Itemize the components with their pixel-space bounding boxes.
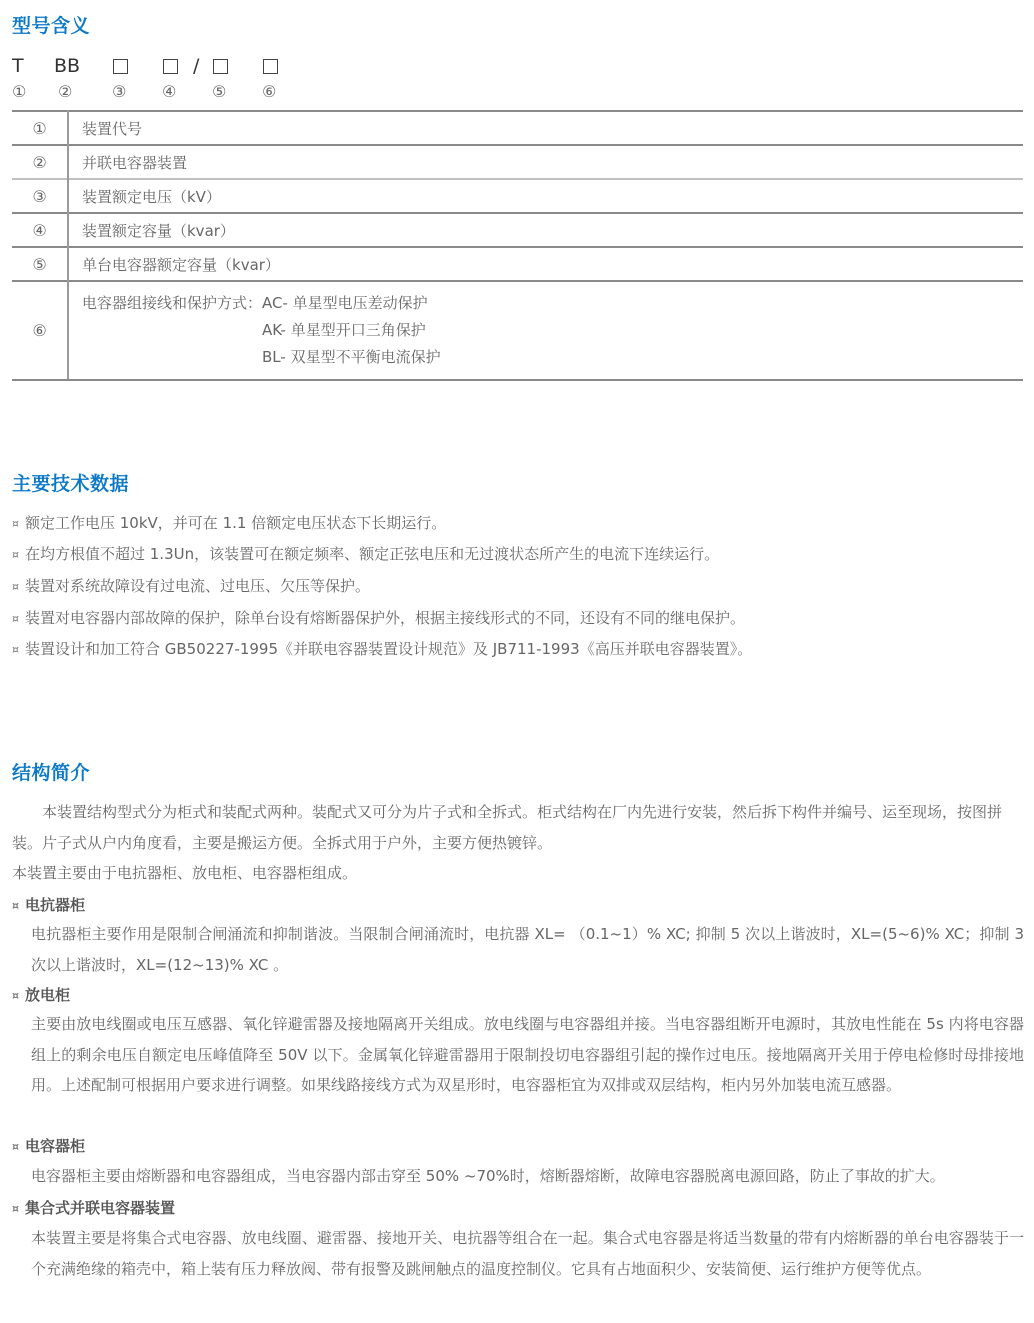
row-description: 装置代号 bbox=[68, 111, 1023, 145]
tech-item: ¤装置设计和加工符合 GB50227-1995《并联电容器装置设计规范》及 JB… bbox=[12, 639, 752, 661]
code-number: ⑤ bbox=[212, 82, 226, 102]
code-number: ⑥ bbox=[262, 82, 276, 102]
row-description: 装置额定电压（kV） bbox=[68, 179, 1023, 213]
tech-item-text: 装置对电容器内部故障的保护，除单台设有熔断器保护外，根据主接线形式的不同，还设有… bbox=[25, 609, 745, 627]
code-placeholder-protection bbox=[263, 57, 278, 79]
code-placeholder-capacity bbox=[163, 57, 178, 79]
table-row: ④ 装置额定容量（kvar） bbox=[12, 213, 1023, 247]
row-description: 电容器组接线和保护方式： AC- 单星型电压差动保护 AK- 单星型开口三角保护… bbox=[68, 281, 1023, 380]
bullet-icon: ¤ bbox=[12, 899, 19, 912]
row-number: ⑥ bbox=[12, 281, 68, 380]
code-number: ① bbox=[12, 82, 26, 102]
structure-composition: 本装置主要由于电抗器柜、放电柜、电容器柜组成。 bbox=[12, 858, 1024, 889]
table-row: ① 装置代号 bbox=[12, 111, 1023, 145]
code-number: ③ bbox=[112, 82, 126, 102]
subsection-text-discharge: 主要由放电线圈或电压互感器、氧化锌避雷器及接地隔离开关组成。放电线圈与电容器组并… bbox=[31, 1009, 1024, 1101]
row-description: 单台电容器额定容量（kvar） bbox=[68, 247, 1023, 281]
subsection-title-reactor: ¤电抗器柜 bbox=[12, 895, 85, 917]
tech-item-text: 装置设计和加工符合 GB50227-1995《并联电容器装置设计规范》及 JB7… bbox=[25, 640, 752, 658]
code-number: ④ bbox=[162, 82, 176, 102]
subsection-title-capacitor: ¤电容器柜 bbox=[12, 1136, 85, 1158]
bullet-icon: ¤ bbox=[12, 1202, 19, 1215]
subsection-text-reactor: 电抗器柜主要作用是限制合闸涌流和抑制谐波。当限制合闸涌流时，电抗器 XL= （0… bbox=[31, 919, 1024, 980]
structure-intro: 本装置结构型式分为柜式和装配式两种。装配式又可分为片子式和全拆式。柜式结构在厂内… bbox=[12, 797, 1024, 858]
section-title-model: 型号含义 bbox=[12, 14, 90, 38]
protection-option: AC- 单星型电压差动保护 bbox=[262, 290, 441, 317]
row-description: 并联电容器装置 bbox=[68, 145, 1023, 179]
bullet-icon: ¤ bbox=[12, 989, 19, 1002]
protection-label: 电容器组接线和保护方式： bbox=[82, 290, 262, 371]
protection-option: BL- 双星型不平衡电流保护 bbox=[262, 344, 441, 371]
table-row: ② 并联电容器装置 bbox=[12, 145, 1023, 179]
row-number: ④ bbox=[12, 213, 68, 247]
bullet-icon: ¤ bbox=[12, 517, 19, 530]
row-number: ⑤ bbox=[12, 247, 68, 281]
row-description: 装置额定容量（kvar） bbox=[68, 213, 1023, 247]
bullet-icon: ¤ bbox=[12, 1140, 19, 1153]
section-title-tech: 主要技术数据 bbox=[12, 472, 129, 496]
code-number: ② bbox=[58, 82, 72, 102]
model-meaning-table: ① 装置代号 ② 并联电容器装置 ③ 装置额定电压（kV） ④ 装置额定容量（k… bbox=[12, 110, 1023, 381]
tech-item-text: 在均方根值不超过 1.3Un，该装置可在额定频率、额定正弦电压和无过渡状态所产生… bbox=[25, 545, 719, 563]
row-number: ① bbox=[12, 111, 68, 145]
tech-item: ¤额定工作电压 10kV，并可在 1.1 倍额定电压状态下长期运行。 bbox=[12, 513, 446, 535]
tech-item: ¤装置对系统故障设有过电流、过电压、欠压等保护。 bbox=[12, 576, 370, 598]
table-row: ③ 装置额定电压（kV） bbox=[12, 179, 1023, 213]
table-row: ⑥ 电容器组接线和保护方式： AC- 单星型电压差动保护 AK- 单星型开口三角… bbox=[12, 281, 1023, 380]
section-title-structure: 结构简介 bbox=[12, 761, 90, 785]
protection-options: AC- 单星型电压差动保护 AK- 单星型开口三角保护 BL- 双星型不平衡电流… bbox=[262, 290, 441, 371]
bullet-icon: ¤ bbox=[12, 580, 19, 593]
row-number: ③ bbox=[12, 179, 68, 213]
code-placeholder-unit-capacity bbox=[213, 57, 228, 79]
subsection-text-integrated: 本装置主要是将集合式电容器、放电线圈、避雷器、接地开关、电抗器等组合在一起。集合… bbox=[31, 1223, 1024, 1284]
subsection-text-capacitor: 电容器柜主要由熔断器和电容器组成，当电容器内部击穿至 50% ~70%时，熔断器… bbox=[31, 1161, 1024, 1192]
subsection-title-discharge: ¤放电柜 bbox=[12, 985, 70, 1007]
code-part-bb: BB bbox=[54, 55, 80, 77]
tech-item-text: 装置对系统故障设有过电流、过电压、欠压等保护。 bbox=[25, 577, 370, 595]
row-number: ② bbox=[12, 145, 68, 179]
protection-option: AK- 单星型开口三角保护 bbox=[262, 317, 441, 344]
code-slash: / bbox=[193, 55, 199, 77]
tech-item: ¤在均方根值不超过 1.3Un，该装置可在额定频率、额定正弦电压和无过渡状态所产… bbox=[12, 544, 719, 566]
code-part-t: T bbox=[12, 55, 24, 77]
code-placeholder-voltage bbox=[113, 57, 128, 79]
bullet-icon: ¤ bbox=[12, 612, 19, 625]
tech-item: ¤装置对电容器内部故障的保护，除单台设有熔断器保护外，根据主接线形式的不同，还设… bbox=[12, 608, 745, 630]
bullet-icon: ¤ bbox=[12, 548, 19, 561]
subsection-title-integrated: ¤集合式并联电容器装置 bbox=[12, 1198, 175, 1220]
table-row: ⑤ 单台电容器额定容量（kvar） bbox=[12, 247, 1023, 281]
tech-item-text: 额定工作电压 10kV，并可在 1.1 倍额定电压状态下长期运行。 bbox=[25, 514, 446, 532]
bullet-icon: ¤ bbox=[12, 643, 19, 656]
